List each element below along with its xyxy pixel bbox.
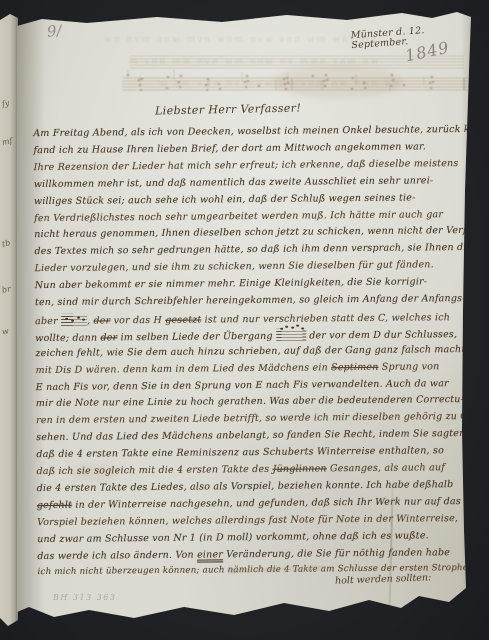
manuscript-line: Ihre Rezension der Lieder hat mich sehr … — [34, 158, 459, 176]
manuscript-line: gefehlt in der Winterreise nachgesehn, u… — [37, 496, 461, 514]
struck-word: Septimen — [331, 361, 379, 372]
manuscript-text: mir die Note nur eine Linie zu hoch gera… — [36, 394, 464, 409]
manuscript-text: der vor dem D dur Schlusses, — [306, 329, 457, 341]
manuscript-text: zeichen fehlt, wie Sie dem auch hinzu sc… — [35, 343, 489, 359]
letter-page: nm ſnw mw nnv wvn mnw nvm wnn mvn nwwn m… — [17, 10, 471, 632]
manuscript-text: fen Verdrießlichstes noch sehr umgearbei… — [34, 209, 443, 224]
margin-fragment: tb — [1, 239, 11, 249]
manuscript-text: ist und nur verschrieben statt des C, we… — [201, 312, 450, 325]
manuscript-line: des Textes mich so sehr gedrungen hätte,… — [34, 242, 472, 260]
inline-music-notation — [276, 328, 306, 340]
manuscript-text: E nach Fis vor, denn Sie in den Sprung v… — [36, 378, 449, 393]
manuscript-text: sehen. Und das Lied des Mädchens anbelan… — [36, 428, 469, 443]
manuscript-text: Gesanges, als auch auf — [327, 462, 445, 474]
underlined-word: einer — [197, 549, 223, 560]
manuscript-text: ten, sind mir durch Schreibfehler herein… — [35, 293, 466, 308]
manuscript-text: des Textes mich so sehr gedrungen hätte,… — [34, 242, 472, 257]
struck-word: der — [93, 315, 110, 326]
manuscript-text: Vorspiel beziehen können, welches allerd… — [37, 513, 458, 528]
manuscript-line: das werde ich also ändern. Von einer Ver… — [37, 547, 450, 565]
manuscript-text: mit Dis D wären. denn kam in dem Lied de… — [36, 362, 332, 376]
manuscript-line: williges Stück sei; auch sehe ich wohl e… — [34, 192, 416, 210]
manuscript-line: Am Freitag Abend, als ich von Deecken, w… — [33, 124, 489, 142]
margin-fragment: mſ — [1, 137, 13, 147]
previous-page-edge: ſymſtbbrw — [0, 14, 18, 626]
manuscript-line: Lieder vorzulegen, und sie ihm zu schick… — [35, 259, 434, 277]
manuscript-text: willkommen mehr ist, und daß namentlich … — [34, 175, 434, 190]
manuscript-text: Nun aber bekommt er sie nimmer mehr. Ein… — [35, 276, 428, 291]
manuscript-text: daß die 4 ersten Takte eine Reminiszenz … — [36, 445, 444, 460]
manuscript-line: mit Dis D wären. denn kam in dem Lied de… — [36, 361, 440, 379]
manuscript-text: ren in dem ersten und zweiten Liede betr… — [36, 411, 489, 427]
manuscript-text: Lieder vorzulegen, und sie ihm zu schick… — [35, 259, 434, 274]
manuscript-text: daß ich sie sogleich mit die 4 ersten Ta… — [36, 464, 272, 477]
manuscript-line: daß ich sie sogleich mit die 4 ersten Ta… — [36, 462, 445, 480]
margin-fragment: ſy — [1, 99, 10, 108]
manuscript-text: Am Freitag Abend, als ich von Deecken, w… — [33, 124, 489, 139]
manuscript-text: Veränderung, die Sie für nöthig fanden h… — [223, 547, 450, 560]
manuscript-text: vor das H — [110, 315, 165, 327]
manuscript-line: sehen. Und das Lied des Mädchens anbelan… — [36, 428, 469, 446]
manuscript-line: wollte; dann der im selben Liede der Übe… — [35, 327, 457, 345]
manuscript-scan: ſymſtbbrw nm ſnw mw nnv wvn mnw nvm wnn … — [0, 0, 489, 640]
manuscript-line: Nun aber bekommt er sie nimmer mehr. Ein… — [35, 276, 428, 294]
inline-music-notation — [61, 314, 87, 326]
manuscript-text: aber — [35, 316, 61, 327]
manuscript-line: E nach Fis vor, denn Sie in den Sprung v… — [36, 378, 449, 396]
manuscript-line: ten, sind mir durch Schreibfehler herein… — [35, 293, 466, 311]
manuscript-line: fen Verdrießlichstes noch sehr umgearbei… — [34, 209, 443, 227]
manuscript-text: fand ich zu Hause Ihren lieben Brief, de… — [33, 141, 426, 156]
manuscript-line: und zwar am Schlusse von Nr 1 (in D moll… — [37, 530, 429, 548]
manuscript-line: nicht heraus genommen, Ihnen dieselben s… — [34, 225, 489, 243]
manuscript-line: ren in dem ersten und zweiten Liede betr… — [36, 411, 489, 430]
shelfmark-pencil: BH 313 363 — [53, 594, 116, 602]
manuscript-line: fand ich zu Hause Ihren lieben Brief, de… — [33, 141, 426, 159]
manuscript-line: Vorspiel beziehen können, welches allerd… — [37, 513, 458, 531]
manuscript-text: im selben Liede der Übergang — [117, 331, 276, 344]
margin-fragment: w — [1, 327, 9, 336]
manuscript-text: und zwar am Schlusse von Nr 1 (in D moll… — [37, 530, 429, 545]
manuscript-text: das werde ich also ändern. Von — [37, 549, 197, 562]
struck-word: gesetzt — [165, 314, 201, 325]
letter-body: Am Freitag Abend, als ich von Deecken, w… — [14, 6, 474, 632]
manuscript-text: nicht heraus genommen, Ihnen dieselben s… — [34, 225, 489, 240]
manuscript-text: in der Winterreise nachgesehn, und gefun… — [72, 496, 461, 511]
manuscript-line: zeichen fehlt, wie Sie dem auch hinzu sc… — [35, 343, 489, 362]
struck-word: der — [100, 332, 117, 343]
manuscript-text: wollte; dann — [35, 332, 100, 344]
manuscript-line: mir die Note nur eine Linie zu hoch gera… — [36, 394, 464, 412]
manuscript-line: daß die 4 ersten Takte eine Reminiszenz … — [36, 445, 444, 463]
manuscript-text: Sprung von — [378, 361, 439, 373]
manuscript-line: aber , der vor das H gesetzt ist und nur… — [35, 310, 450, 328]
struck-word: gefehlt — [37, 500, 72, 511]
manuscript-text: Ihre Rezension der Lieder hat mich sehr … — [34, 158, 459, 173]
manuscript-line: willkommen mehr ist, und daß namentlich … — [34, 175, 434, 193]
struck-word: Jünglinnen — [272, 463, 326, 475]
manuscript-text: williges Stück sei; auch sehe ich wohl e… — [34, 192, 416, 207]
margin-fragment: br — [1, 285, 11, 295]
